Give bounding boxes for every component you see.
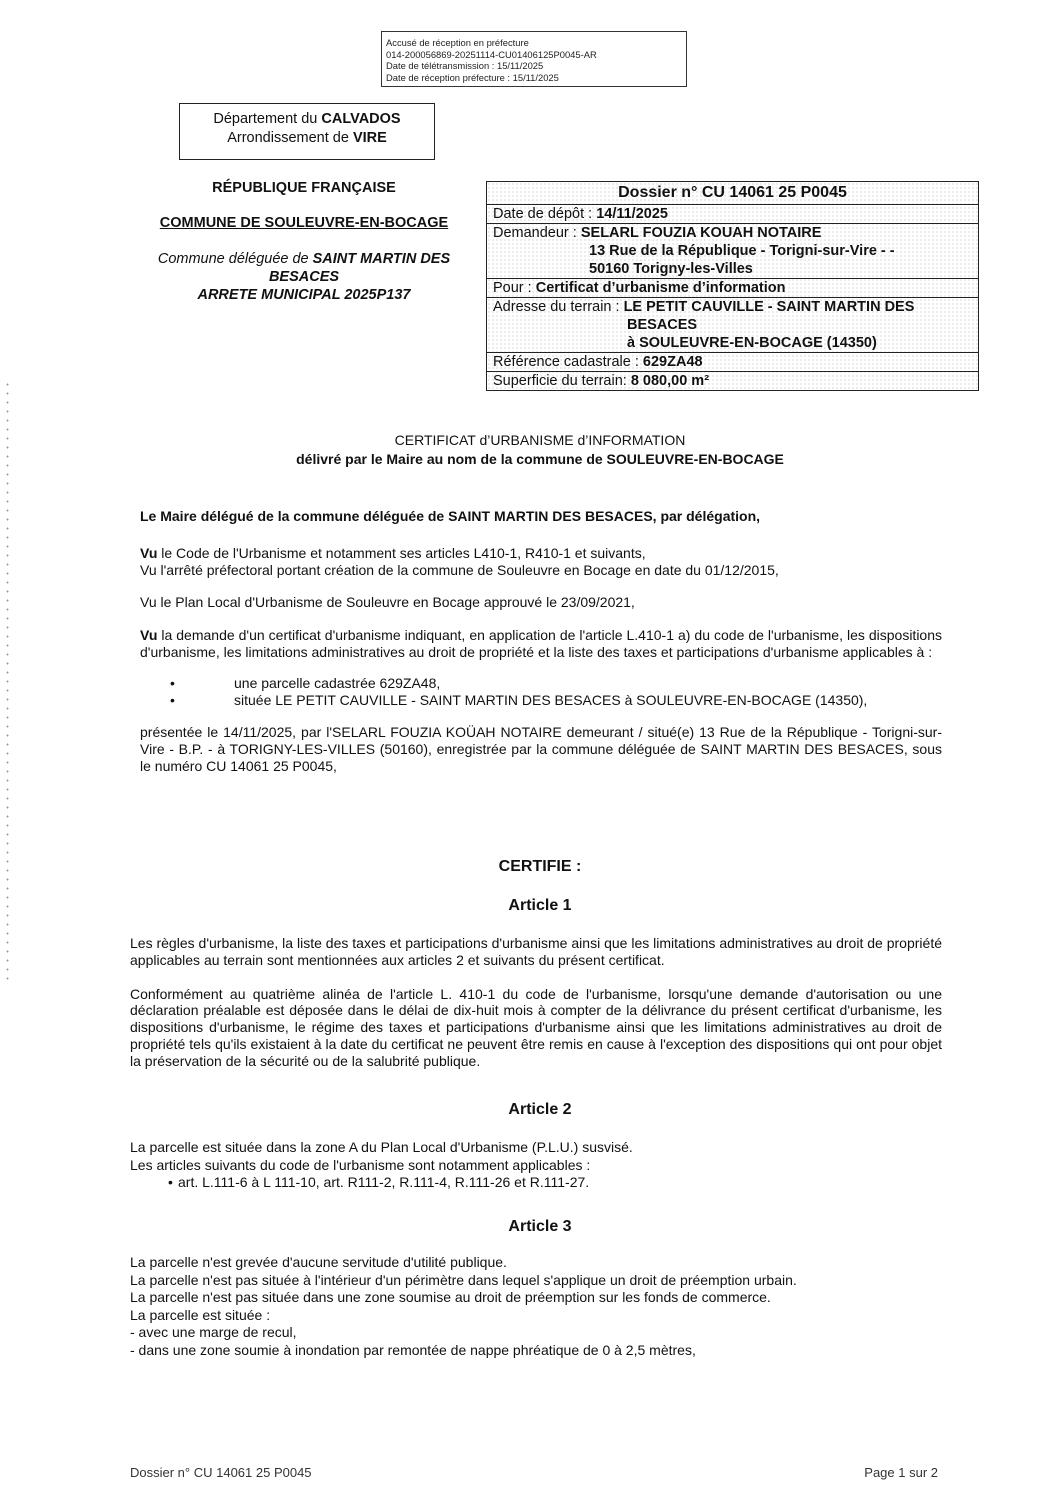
page-number: Page 1 sur 2: [864, 1465, 938, 1480]
article-2-line: La parcelle est située dans la zone A du…: [130, 1139, 950, 1157]
arrete-number: ARRETE MUNICIPAL 2025P137: [197, 287, 410, 303]
footer-dossier-number: Dossier n° CU 14061 25 P0045: [130, 1465, 312, 1480]
cadastral-value: 629ZA48: [643, 354, 703, 370]
land-address-row: Adresse du terrain : LE PETIT CAUVILLE -…: [487, 297, 978, 352]
deposit-date-value: 14/11/2025: [596, 206, 668, 222]
header-left: RÉPUBLIQUE FRANÇAISE COMMUNE DE SOULEUVR…: [128, 180, 480, 304]
dossier-box: Dossier n° CU 14061 25 P0045 Date de dép…: [486, 181, 979, 391]
location-text: LE PETIT CAUVILLE - SAINT MARTIN DES BES…: [275, 692, 867, 708]
article-1-paragraph: Les règles d'urbanisme, la liste des tax…: [130, 935, 942, 969]
applicant-address-2: 50160 Torigny-les-Villes: [493, 260, 972, 278]
cadastral-row: Référence cadastrale : 629ZA48: [487, 352, 978, 371]
scan-edge-marks: [6, 380, 9, 980]
area-label: Superficie du terrain:: [493, 373, 631, 389]
vu-label: Vu: [140, 627, 157, 643]
vu-code-urbanisme: Vu le Code de l'Urbanisme et notamment s…: [140, 545, 942, 562]
land-address-3: à SOULEUVRE-EN-BOCAGE (14350): [493, 334, 972, 352]
article-2-bullet: art. L.111-6 à L 111-10, art. R111-2, R.…: [130, 1174, 950, 1192]
parcel-bullet: une parcelle cadastrée 629ZA48,: [140, 675, 942, 692]
land-address-1: LE PETIT CAUVILLE - SAINT MARTIN DES: [624, 299, 915, 315]
article-2-title: Article 2: [130, 1101, 950, 1119]
land-address-2: BESACES: [493, 316, 972, 334]
prefecture-receipt-stamp: Accusé de réception en préfecture 014-20…: [381, 31, 687, 87]
department-name: CALVADOS: [321, 111, 400, 127]
article-1-body: Les règles d'urbanisme, la liste des tax…: [130, 935, 942, 1070]
delegated-commune: Commune déléguée de SAINT MARTIN DES BES…: [128, 250, 480, 304]
applicant-label: Demandeur :: [493, 225, 581, 241]
article-2-line: Les articles suivants du code de l'urban…: [130, 1157, 950, 1175]
certificate-title-line1: CERTIFICAT d’URBANISME d’INFORMATION: [130, 431, 950, 450]
article-3-line: - dans une zone soumie à inondation par …: [130, 1342, 950, 1360]
vu-label: Vu: [140, 545, 157, 561]
article-3-line: - avec une marge de recul,: [130, 1324, 950, 1342]
article-3-line: La parcelle n'est pas située dans une zo…: [130, 1289, 950, 1307]
receipt-line: Accusé de réception en préfecture: [386, 37, 682, 49]
vu-text: le Code de l'Urbanisme et notamment ses …: [157, 545, 645, 561]
article-3-title: Article 3: [130, 1218, 950, 1236]
certificate-title: CERTIFICAT d’URBANISME d’INFORMATION dél…: [130, 431, 950, 469]
purpose-row: Pour : Certificat d’urbanisme d’informat…: [487, 278, 978, 297]
certifie-heading: CERTIFIE :: [130, 858, 950, 876]
receipt-transmission-date: Date de télétransmission : 15/11/2025: [386, 60, 682, 72]
article-3-line: La parcelle n'est pas située à l'intérie…: [130, 1272, 950, 1290]
location-prefix: située: [234, 692, 275, 708]
area-value: 8 080,00 m²: [631, 373, 709, 389]
article-3-line: La parcelle n'est grevée d'aucune servit…: [130, 1254, 950, 1272]
vu-arrete-prefectoral: Vu l'arrêté préfectoral portant création…: [140, 562, 942, 579]
department-label: Département du: [213, 111, 321, 127]
receipt-reference: 014-200056869-20251114-CU01406125P0045-A…: [386, 49, 682, 61]
cadastral-label: Référence cadastrale :: [493, 354, 643, 370]
purpose-value: Certificat d’urbanisme d’information: [536, 280, 786, 296]
department-box: Département du CALVADOS Arrondissement d…: [179, 103, 435, 160]
department-line: Département du CALVADOS: [180, 110, 434, 129]
deposit-date-label: Date de dépôt :: [493, 206, 596, 222]
article-2-body: La parcelle est située dans la zone A du…: [130, 1139, 950, 1192]
arrondissement-label: Arrondissement de: [227, 130, 353, 146]
purpose-label: Pour :: [493, 280, 536, 296]
delegated-name-cont: BESACES: [269, 269, 339, 285]
mayor-statement: Le Maire délégué de la commune déléguée …: [140, 508, 942, 525]
applicant-name: SELARL FOUZIA KOUAH NOTAIRE: [581, 225, 822, 241]
dossier-title: Dossier n° CU 14061 25 P0045: [487, 182, 978, 204]
article-3-line: La parcelle est située :: [130, 1307, 950, 1325]
presented-statement: présentée le 14/11/2025, par l'SELARL FO…: [140, 724, 942, 774]
applicant-row: Demandeur : SELARL FOUZIA KOUAH NOTAIRE …: [487, 223, 978, 278]
arrondissement-name: VIRE: [353, 130, 387, 146]
deposit-date-row: Date de dépôt : 14/11/2025: [487, 204, 978, 223]
vu-demande: Vu la demande d'un certificat d'urbanism…: [140, 627, 942, 661]
land-address-label: Adresse du terrain :: [493, 299, 624, 315]
arrondissement-line: Arrondissement de VIRE: [180, 129, 434, 148]
receipt-reception-date: Date de réception préfecture : 15/11/202…: [386, 72, 682, 84]
article-1-title: Article 1: [130, 897, 950, 915]
article-3-body: La parcelle n'est grevée d'aucune servit…: [130, 1254, 950, 1359]
certificate-title-line2: délivré par le Maire au nom de la commun…: [130, 450, 950, 469]
article-1-paragraph: Conformément au quatrième alinéa de l'ar…: [130, 986, 942, 1070]
location-bullet: située LE PETIT CAUVILLE - SAINT MARTIN …: [140, 692, 942, 709]
area-row: Superficie du terrain: 8 080,00 m²: [487, 371, 978, 390]
vu-plu: Vu le Plan Local d'Urbanisme de Souleuvr…: [140, 594, 942, 611]
delegated-prefix: Commune déléguée de: [158, 251, 313, 267]
delegated-name: SAINT MARTIN DES: [313, 251, 451, 267]
vu-text: la demande d'un certificat d'urbanisme i…: [140, 627, 942, 660]
republic-title: RÉPUBLIQUE FRANÇAISE: [128, 180, 480, 196]
preamble: Le Maire délégué de la commune déléguée …: [140, 508, 942, 775]
applicant-address-1: 13 Rue de la République - Torigni-sur-Vi…: [493, 242, 972, 260]
commune-title: COMMUNE DE SOULEUVRE-EN-BOCAGE: [128, 215, 480, 231]
